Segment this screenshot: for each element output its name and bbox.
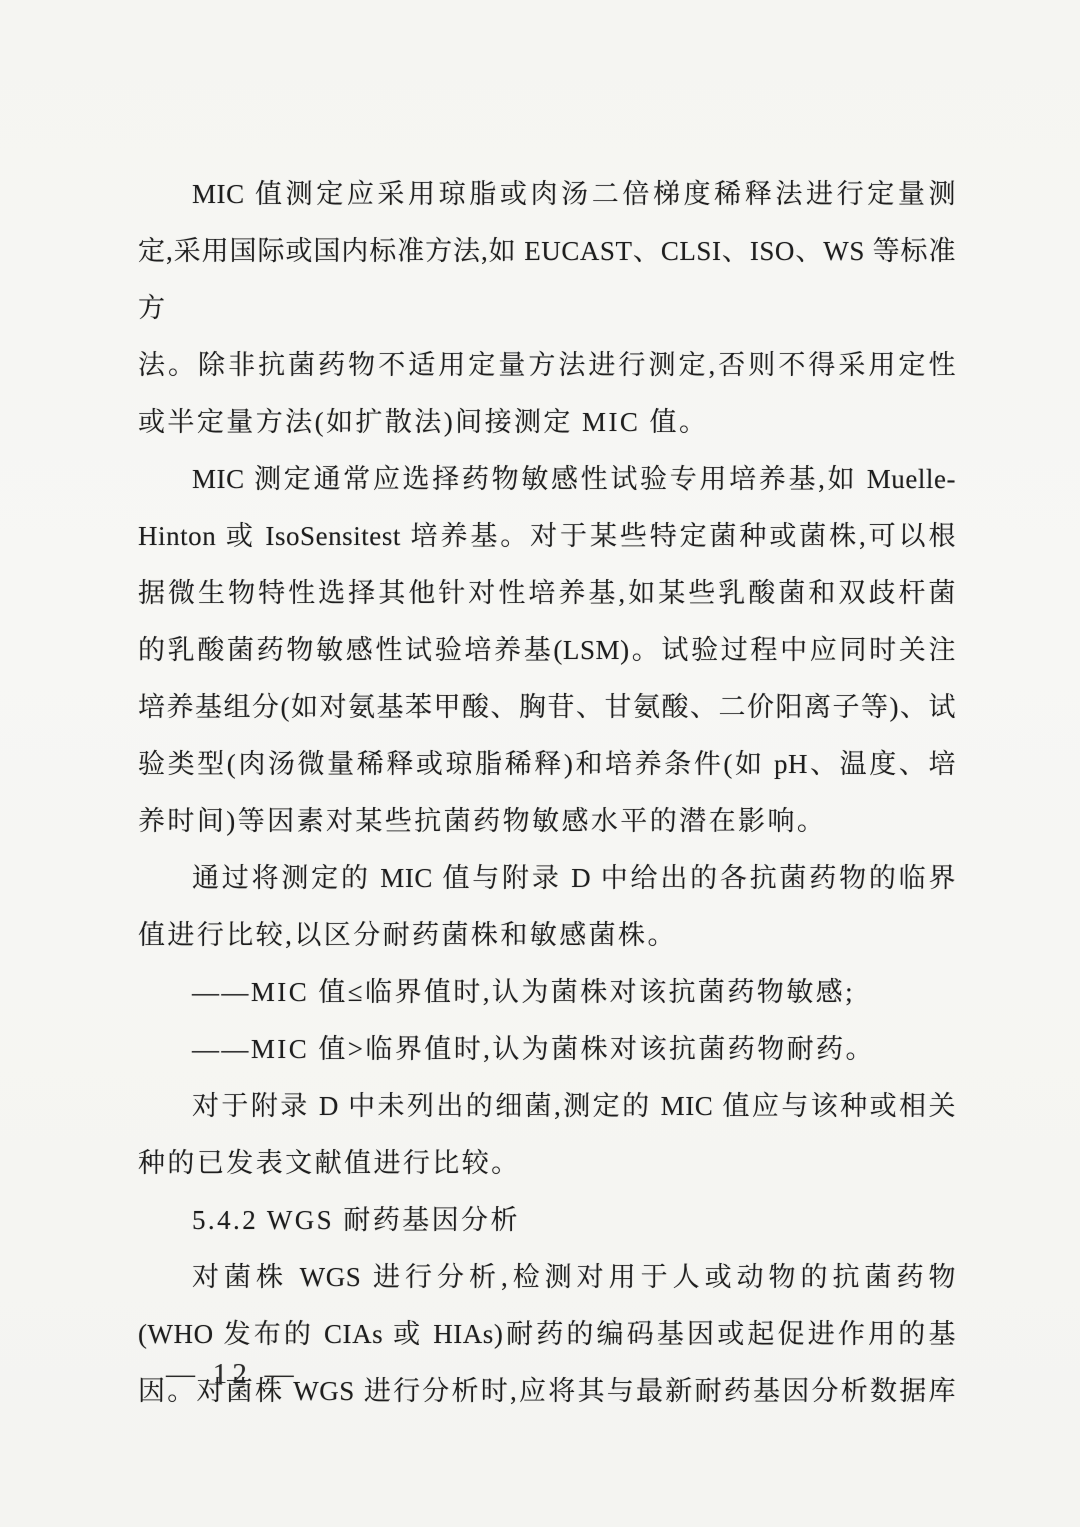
text-line: 或半定量方法(如扩散法)间接测定 MIC 值。 xyxy=(138,394,956,451)
text-line: 对菌株 WGS 进行分析,检测对用于人或动物的抗菌药物 xyxy=(138,1249,956,1306)
paragraph: 对菌株 WGS 进行分析,检测对用于人或动物的抗菌药物(WHO 发布的 CIAs… xyxy=(138,1249,956,1420)
text-line: 种的已发表文献值进行比较。 xyxy=(138,1135,956,1192)
text-line: (WHO 发布的 CIAs 或 HIAs)耐药的编码基因或起促进作用的基 xyxy=(138,1306,956,1363)
text-line: 定,采用国际或国内标准方法,如 EUCAST、CLSI、ISO、WS 等标准方 xyxy=(138,223,956,337)
text-line: Hinton 或 IsoSensitest 培养基。对于某些特定菌种或菌株,可以… xyxy=(138,508,956,565)
paragraph: 对于附录 D 中未列出的细菌,测定的 MIC 值应与该种或相关种的已发表文献值进… xyxy=(138,1078,956,1192)
text-line: 据微生物特性选择其他针对性培养基,如某些乳酸菌和双歧杆菌 xyxy=(138,565,956,622)
paragraph: 通过将测定的 MIC 值与附录 D 中给出的各抗菌药物的临界值进行比较,以区分耐… xyxy=(138,850,956,964)
paragraph: MIC 值测定应采用琼脂或肉汤二倍梯度稀释法进行定量测定,采用国际或国内标准方法… xyxy=(138,166,956,451)
list-item: ——MIC 值>临界值时,认为菌株对该抗菌药物耐药。 xyxy=(138,1021,956,1078)
text-line: 养时间)等因素对某些抗菌药物敏感水平的潜在影响。 xyxy=(138,793,956,850)
text-line: MIC 测定通常应选择药物敏感性试验专用培养基,如 Muelle- xyxy=(138,451,956,508)
text-line: ——MIC 值>临界值时,认为菌株对该抗菌药物耐药。 xyxy=(138,1021,956,1078)
paragraph: MIC 测定通常应选择药物敏感性试验专用培养基,如 Muelle-Hinton … xyxy=(138,451,956,850)
text-line: 对于附录 D 中未列出的细菌,测定的 MIC 值应与该种或相关 xyxy=(138,1078,956,1135)
text-line: 值进行比较,以区分耐药菌株和敏感菌株。 xyxy=(138,907,956,964)
text-line: 5.4.2 WGS 耐药基因分析 xyxy=(138,1192,956,1249)
section-heading: 5.4.2 WGS 耐药基因分析 xyxy=(138,1192,956,1249)
list-item: ——MIC 值≤临界值时,认为菌株对该抗菌药物敏感; xyxy=(138,964,956,1021)
text-line: ——MIC 值≤临界值时,认为菌株对该抗菌药物敏感; xyxy=(138,964,956,1021)
text-line: 培养基组分(如对氨基苯甲酸、胸苷、甘氨酸、二价阳离子等)、试 xyxy=(138,679,956,736)
text-line: 的乳酸菌药物敏感性试验培养基(LSM)。试验过程中应同时关注 xyxy=(138,622,956,679)
document-body: MIC 值测定应采用琼脂或肉汤二倍梯度稀释法进行定量测定,采用国际或国内标准方法… xyxy=(138,166,956,1420)
text-line: 法。除非抗菌药物不适用定量方法进行测定,否则不得采用定性 xyxy=(138,337,956,394)
text-line: MIC 值测定应采用琼脂或肉汤二倍梯度稀释法进行定量测 xyxy=(138,166,956,223)
page-number: — 12 — xyxy=(166,1358,299,1391)
document-page: MIC 值测定应采用琼脂或肉汤二倍梯度稀释法进行定量测定,采用国际或国内标准方法… xyxy=(0,0,1080,1527)
text-line: 通过将测定的 MIC 值与附录 D 中给出的各抗菌药物的临界 xyxy=(138,850,956,907)
text-line: 验类型(肉汤微量稀释或琼脂稀释)和培养条件(如 pH、温度、培 xyxy=(138,736,956,793)
